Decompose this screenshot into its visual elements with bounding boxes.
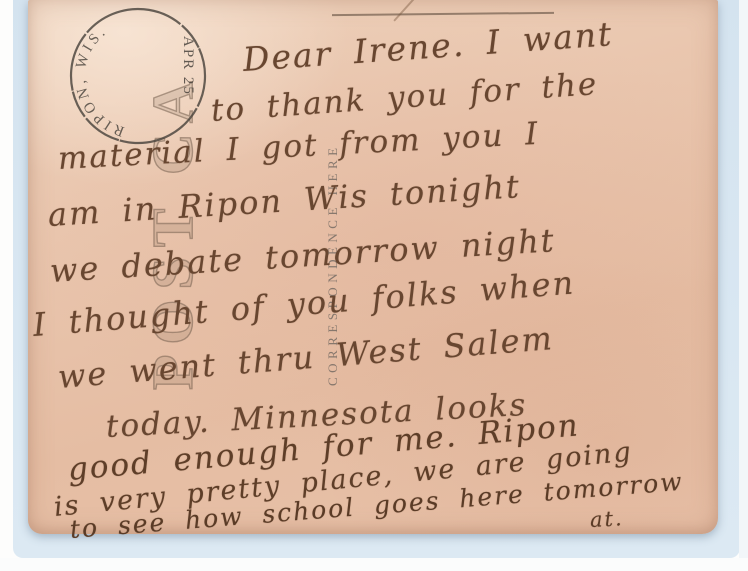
photo-border-right — [739, 0, 748, 571]
printed-date-line — [332, 12, 554, 16]
pen-stroke — [393, 0, 415, 22]
postmark-town: RIPON, WIS. — [67, 20, 135, 139]
message-line: at. — [589, 506, 624, 532]
message-line: am in Ripon Wis tonight — [47, 167, 522, 234]
photo-border-bottom — [0, 558, 748, 571]
postcard: POST CA CORRESPONDENCE HERE RIPON, WIS. … — [28, 0, 718, 534]
message-line: material I got from you I — [57, 116, 540, 177]
postcard-photo: POST CA CORRESPONDENCE HERE RIPON, WIS. … — [0, 0, 748, 571]
